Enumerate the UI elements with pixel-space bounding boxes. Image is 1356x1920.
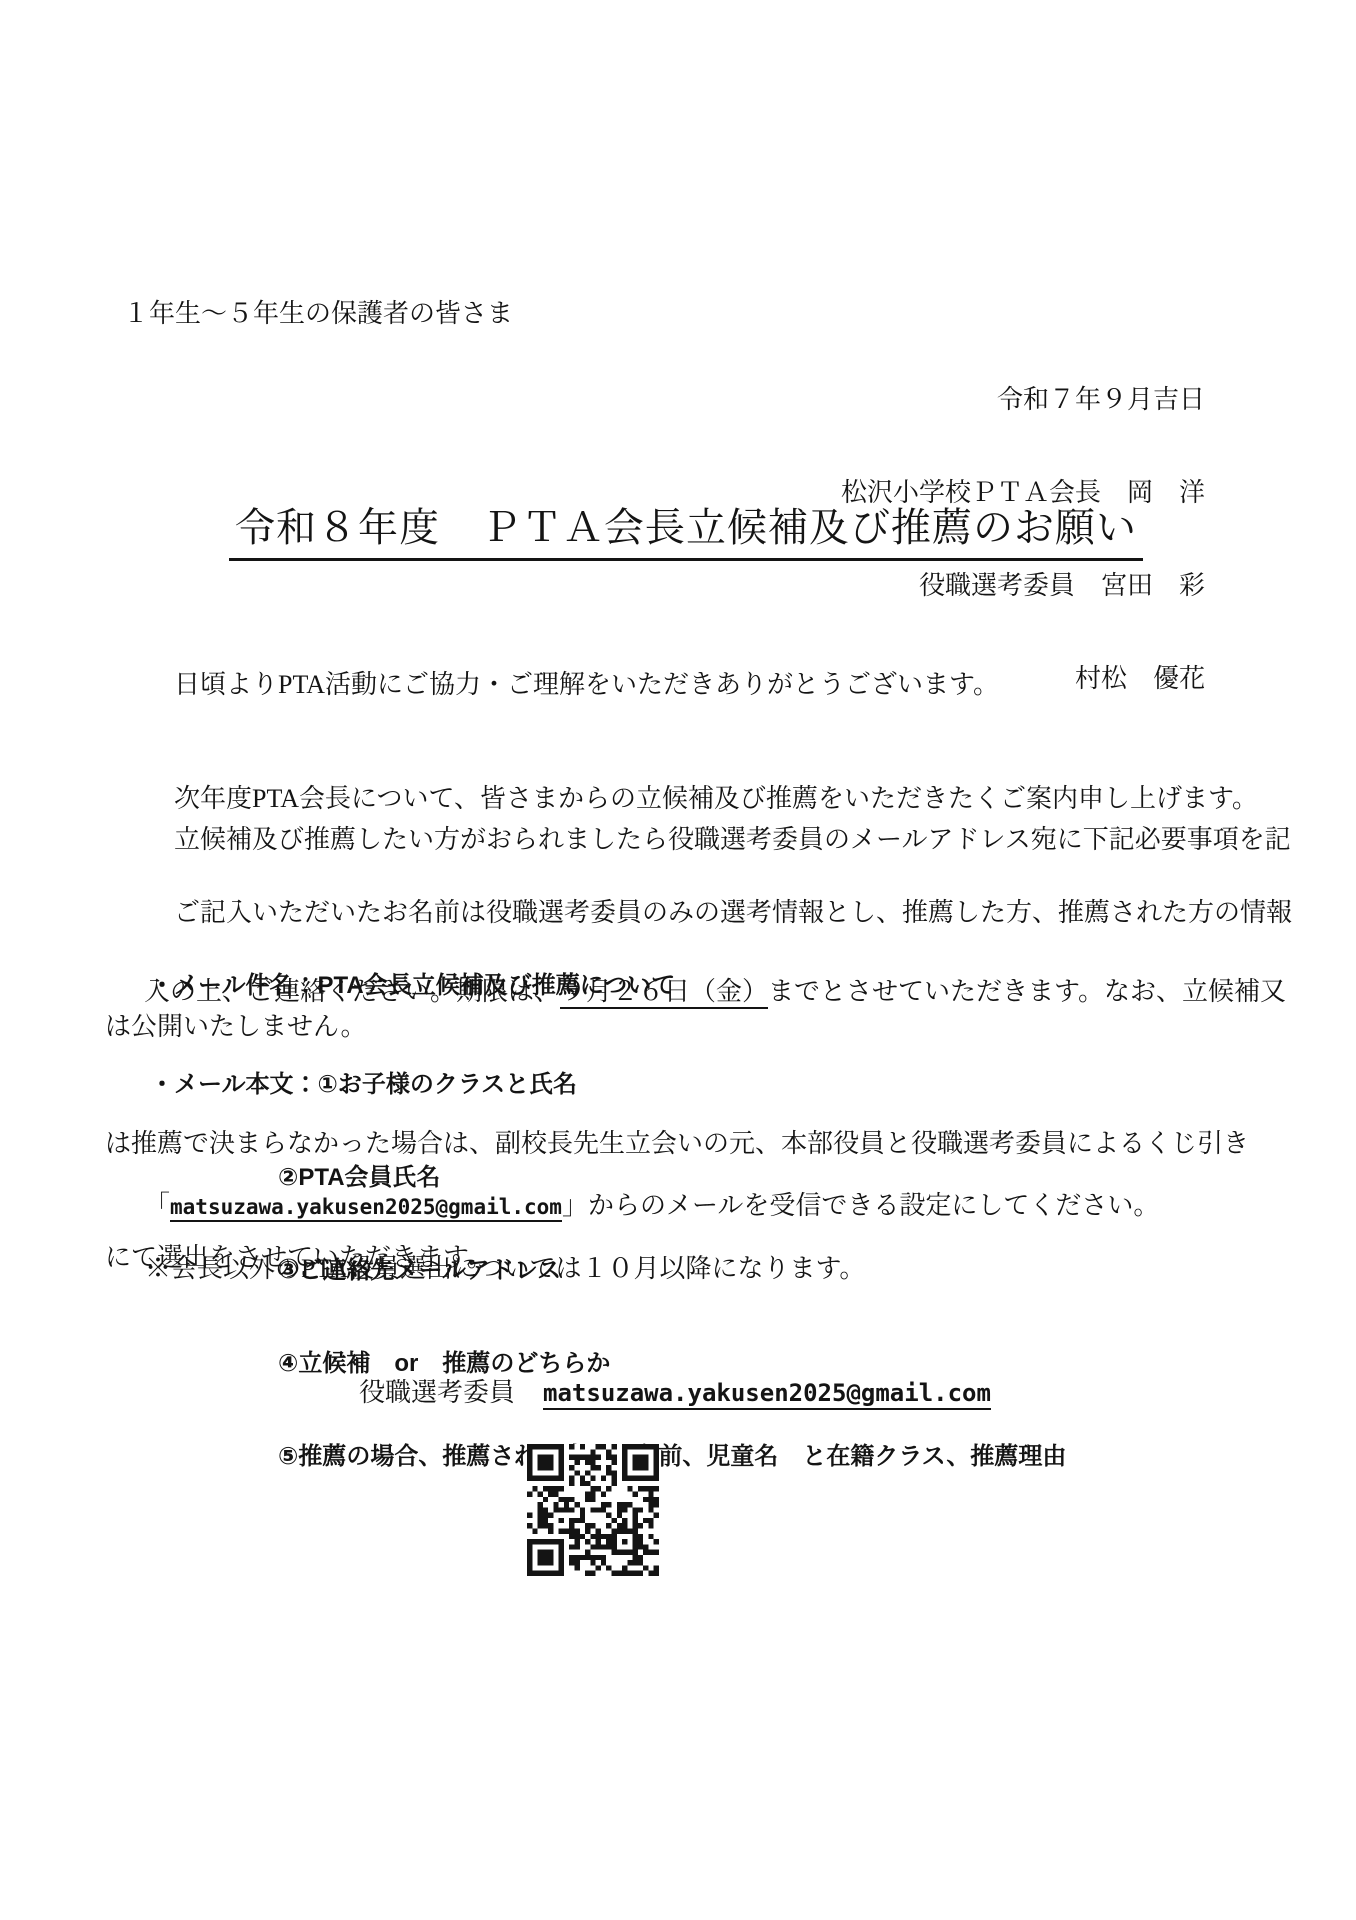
reception-note-text: 」からのメールを受信できる設定にしてください。 <box>562 1191 1159 1220</box>
committee-email-address: matsuzawa.yakusen2025@gmail.com <box>543 1379 991 1410</box>
paragraph2-line1: 立候補及び推薦したい方がおられましたら役職選考委員のメールアドレス宛に下記必要事… <box>148 821 1291 859</box>
qr-code-svg <box>527 1444 659 1576</box>
document-page: １年生～５年生の保護者の皆さま 令和７年９月吉日 松沢小学校ＰＴＡ会長 岡 洋 … <box>0 0 1356 1920</box>
paragraph1-line1: 日頃よりPTA活動にご協力・ご理解をいただきありがとうございます。 <box>148 666 1292 704</box>
note-line: ※会長以外のPTA役員選出については１０月以降になります。 <box>145 1250 865 1288</box>
committee-label: 役職選考委員 <box>359 1378 515 1407</box>
reception-note-line: 「matsuzawa.yakusen2025@gmail.com」からのメールを… <box>118 1155 1159 1252</box>
mail-body-line: ・メール本文：①お子様のクラスと氏名 <box>150 1069 1066 1100</box>
email-address: matsuzawa.yakusen2025@gmail.com <box>170 1195 562 1222</box>
mail-subject-line: ・メール件名：PTA会長立候補及び推薦について <box>150 970 1066 1001</box>
document-title: 令和８年度 ＰＴＡ会長立候補及び推薦のお願い <box>229 496 1143 561</box>
date-line: 令和７年９月吉日 <box>841 384 1205 415</box>
recipient-line: １年生～５年生の保護者の皆さま <box>123 295 513 333</box>
title-row: 令和８年度 ＰＴＡ会長立候補及び推薦のお願い <box>0 478 1356 579</box>
qr-code <box>527 1408 659 1540</box>
open-bracket: 「 <box>144 1191 170 1220</box>
footer-committee-line: 役職選考委員matsuzawa.yakusen2025@gmail.com <box>333 1342 991 1439</box>
mail-item-5: ⑤推薦の場合、推薦される方のお名前、児童名 と在籍クラス、推薦理由 <box>278 1441 1066 1472</box>
